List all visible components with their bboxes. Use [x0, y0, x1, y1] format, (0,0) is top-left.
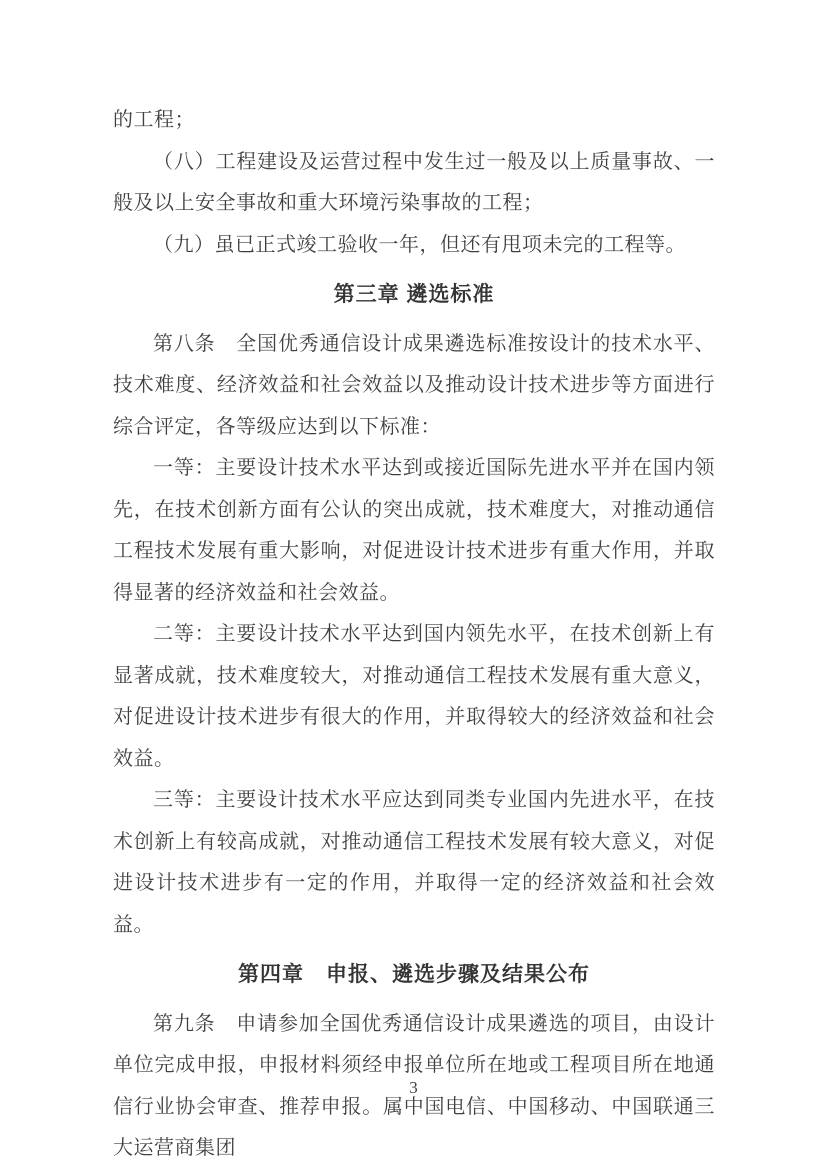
chapter-heading: 第三章 遴选标准: [113, 274, 715, 316]
document-page: 的工程； （八）工程建设及运营过程中发生过一般及以上质量事故、一般及以上安全事故…: [0, 0, 827, 1169]
paragraph: 二等：主要设计技术水平达到国内领先水平，在技术创新上有显著成就，技术难度较大，对…: [113, 614, 715, 780]
paragraph: （九）虽已正式竣工验收一年，但还有甩项未完的工程等。: [113, 225, 715, 267]
page-number: 3: [0, 1078, 827, 1098]
paragraph: 三等：主要设计技术水平应达到同类专业国内先进水平，在技术创新上有较高成就，对推动…: [113, 780, 715, 946]
paragraph: 第八条 全国优秀通信设计成果遴选标准按设计的技术水平、技术难度、经济效益和社会效…: [113, 324, 715, 449]
chapter-heading: 第四章 申报、遴选步骤及结果公布: [113, 954, 715, 996]
document-body: 的工程； （八）工程建设及运营过程中发生过一般及以上质量事故、一般及以上安全事故…: [113, 100, 715, 1169]
paragraph: （八）工程建设及运营过程中发生过一般及以上质量事故、一般及以上安全事故和重大环境…: [113, 142, 715, 225]
paragraph: 一等：主要设计技术水平达到或接近国际先进水平并在国内领先，在技术创新方面有公认的…: [113, 448, 715, 614]
paragraph: 的工程；: [113, 100, 715, 142]
